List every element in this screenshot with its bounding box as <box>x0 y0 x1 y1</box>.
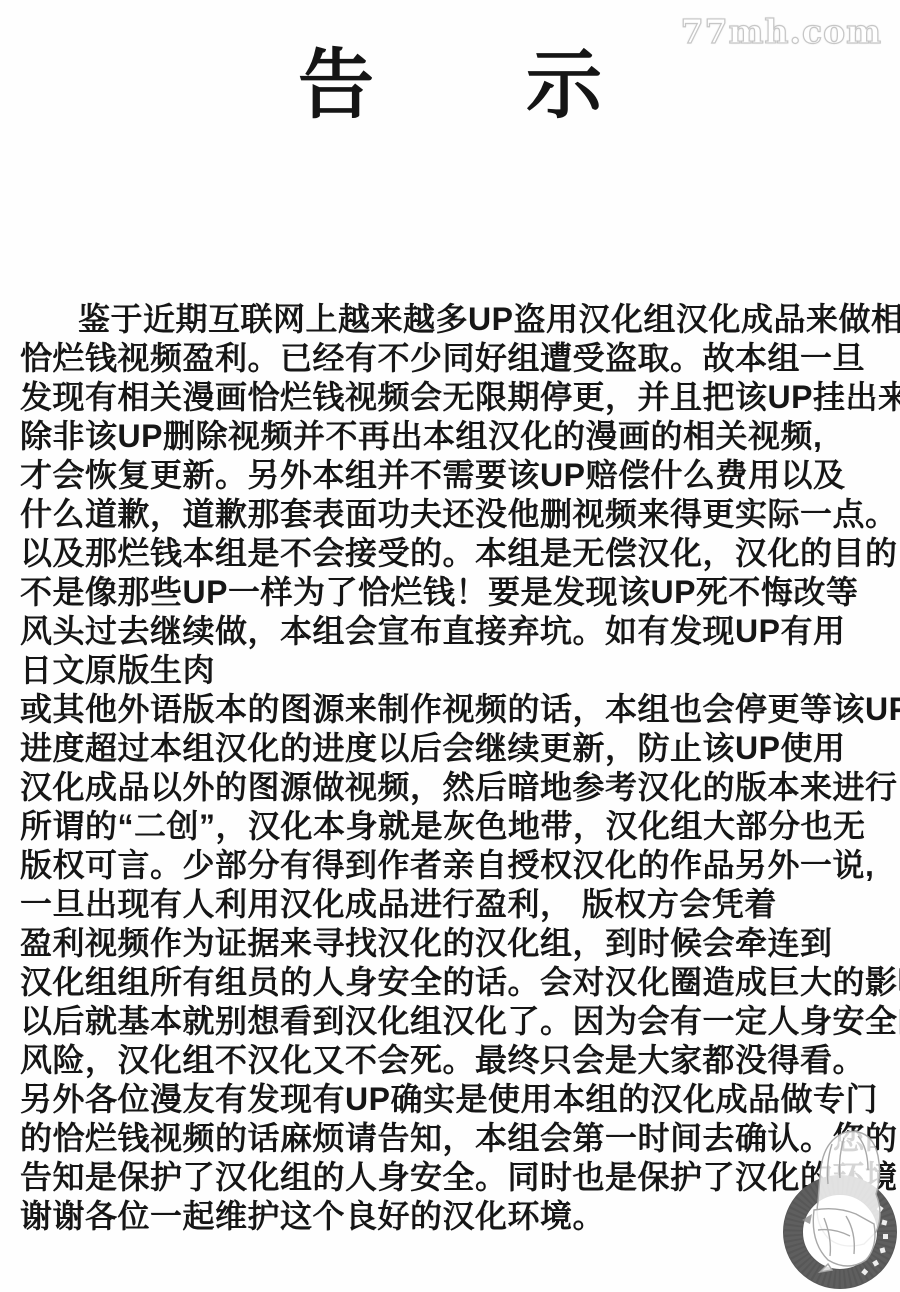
notice-line: 一旦出现有人利用汉化成品进行盈利， 版权方会凭着 <box>20 885 888 924</box>
notice-line: 日文原版生肉 <box>20 651 888 690</box>
notice-line: 进度超过本组汉化的进度以后会继续更新，防止该UP使用 <box>20 729 888 768</box>
notice-line: 另外各位漫友有发现有UP确实是使用本组的汉化成品做专门 <box>20 1080 888 1119</box>
notice-line: 风险，汉化组不汉化又不会死。最终只会是大家都没得看。 <box>20 1041 888 1080</box>
notice-line: 所谓的“二创”，汉化本身就是灰色地带，汉化组大部分也无 <box>20 807 888 846</box>
notice-line: 版权可言。少部分有得到作者亲自授权汉化的作品另外一说, <box>20 846 888 885</box>
notice-line: 汉化组组所有组员的人身安全的话。会对汉化圈造成巨大的影响, <box>20 963 888 1002</box>
notice-line: 以后就基本就别想看到汉化组汉化了。因为会有一定人身安全的 <box>20 1002 888 1041</box>
notice-line: 盈利视频作为证据来寻找汉化的汉化组，到时候会牵连到 <box>20 924 888 963</box>
notice-line: 才会恢复更新。另外本组并不需要该UP赔偿什么费用以及 <box>20 456 888 495</box>
notice-line: 谢谢各位一起维护这个良好的汉化环境。 <box>20 1197 888 1236</box>
notice-line: 以及那烂钱本组是不会接受的。本组是无偿汉化，汉化的目的 <box>20 534 888 573</box>
notice-line: 汉化成品以外的图源做视频，然后暗地参考汉化的版本来进行 <box>20 768 888 807</box>
notice-body: 鉴于近期互联网上越来越多UP盗用汉化组汉化成品来做相关恰烂钱视频盈利。已经有不少… <box>20 300 888 1236</box>
notice-line: 什么道歉，道歉那套表面功夫还没他删视频来得更实际一点。 <box>20 495 888 534</box>
notice-line: 的恰烂钱视频的话麻烦请告知，本组会第一时间去确认。您的 <box>20 1119 888 1158</box>
notice-line: 恰烂钱视频盈利。已经有不少同好组遭受盗取。故本组一旦 <box>20 339 888 378</box>
notice-line: 除非该UP删除视频并不再出本组汉化的漫画的相关视频, <box>20 417 888 456</box>
site-watermark: 77mh.com <box>681 12 882 51</box>
notice-line: 不是像那些UP一样为了恰烂钱！要是发现该UP死不悔改等 <box>20 573 888 612</box>
group-seal-logo <box>772 1118 900 1292</box>
notice-page: { "watermark": { "text": "77mh.com" }, "… <box>0 0 900 1292</box>
notice-line: 或其他外语版本的图源来制作视频的话，本组也会停更等该UP的 <box>20 690 888 729</box>
notice-line: 风头过去继续做，本组会宣布直接弃坑。如有发现UP有用 <box>20 612 888 651</box>
notice-line: 告知是保护了汉化组的人身安全。同时也是保护了汉化的环境 <box>20 1158 888 1197</box>
notice-line: 鉴于近期互联网上越来越多UP盗用汉化组汉化成品来做相关 <box>20 300 888 339</box>
notice-line: 发现有相关漫画恰烂钱视频会无限期停更，并且把该UP挂出来, <box>20 378 888 417</box>
